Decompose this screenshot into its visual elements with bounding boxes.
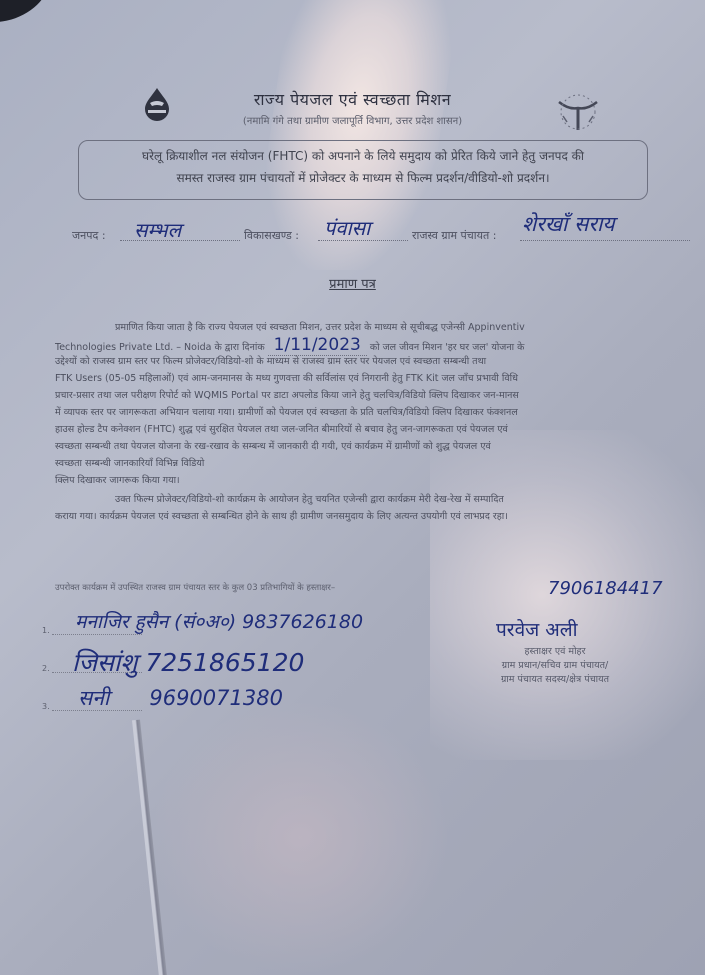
certificate-title: प्रमाण पत्र — [0, 274, 705, 292]
company-text: Technologies Private Ltd. – Noida के द्व… — [55, 342, 265, 353]
district-value: सम्भल — [134, 216, 181, 243]
signature-block: हस्ताक्षर एवं मोहर ग्राम प्रधान/सचिव ग्र… — [470, 645, 640, 687]
district-label: जनपद : — [72, 228, 106, 243]
participant-number: 1. — [42, 626, 50, 635]
body-line-5: प्रचार-प्रसार तथा जल परीक्षण रिपोर्ट को … — [55, 388, 665, 405]
body-line-3: उद्देश्यों को राजस्व ग्राम स्तर पर फिल्म… — [55, 354, 665, 371]
document-photo: राज्य पेयजल एवं स्वच्छता मिशन (नमामि गंग… — [0, 0, 705, 975]
participant-number: 3. — [42, 702, 50, 711]
participants-intro: उपरोक्त कार्यक्रम में उपस्थित राजस्व ग्र… — [55, 582, 385, 594]
body-para2-line1: उक्त फिल्म प्रोजेक्टर/विडियो-शो कार्यक्र… — [55, 492, 665, 509]
program-date: 1/11/2023 — [268, 335, 367, 356]
after-date-text: को जल जीवन मिशन 'हर घर जल' योजना के — [370, 342, 525, 353]
participant-signature: मनाजिर हुसैन (सं०अ०) 9837626180 — [75, 608, 363, 634]
body-line-9: स्वच्छता सम्बन्धी जानकारियाँ विभिन्न विड… — [55, 456, 665, 473]
body-line-7: हाउस होल्ड टैप कनेक्शन (FHTC) शुद्ध एवं … — [55, 422, 665, 439]
sign-label: हस्ताक्षर एवं मोहर — [470, 645, 640, 659]
program-title-line2: समस्त राजस्व ग्राम पंचायतों में प्रोजेक्… — [79, 167, 647, 189]
block-value: पंवासा — [324, 214, 370, 241]
participant-signature: सनी 9690071380 — [78, 684, 283, 712]
department-subtitle: (नमामि गंगे तथा ग्रामीण जलापूर्ति विभाग,… — [0, 113, 705, 127]
body-line-8: स्वच्छता सम्बन्धी तथा पेयजल योजना के रख-… — [55, 439, 665, 456]
panchayat-label: राजस्व ग्राम पंचायत : — [412, 228, 496, 243]
location-fields: जनपद : सम्भल विकासखण्ड : पंवासा राजस्व ग… — [72, 218, 692, 248]
body-line-6: में व्यापक स्तर पर जागरूकता अभियान चलाया… — [55, 405, 665, 422]
pradhan-signature: परवेज अली — [496, 616, 578, 642]
signature-line — [52, 634, 142, 635]
body-line-10: क्लिप दिखाकर जागरूक किया गया। — [55, 473, 665, 490]
sign-label: ग्राम प्रधान/सचिव ग्राम पंचायत/ — [470, 659, 640, 673]
program-title-line1: घरेलू क्रियाशील नल संयोजन (FHTC) को अपना… — [79, 145, 647, 167]
pradhan-phone: 7906184417 — [548, 578, 663, 599]
program-title-box: घरेलू क्रियाशील नल संयोजन (FHTC) को अपना… — [78, 140, 648, 200]
participant-signature: जिसांशु 7251865120 — [72, 645, 304, 679]
panchayat-value: शेरखाँ सराय — [522, 210, 615, 238]
block-label: विकासखण्ड : — [244, 228, 299, 243]
body-para2-line2: कराया गया। कार्यक्रम पेयजल एवं स्वच्छता … — [55, 509, 665, 526]
light-glare — [150, 700, 450, 975]
participant-number: 2. — [42, 664, 50, 673]
sign-label: ग्राम पंचायत सदस्य/क्षेत्र पंचायत — [470, 673, 640, 687]
photo-shadow — [0, 0, 58, 34]
body-line-4: FTK Users (05-05 महिलाओं) एवं आम-जनमानस … — [55, 371, 665, 388]
mission-title: राज्य पेयजल एवं स्वच्छता मिशन — [0, 88, 705, 110]
